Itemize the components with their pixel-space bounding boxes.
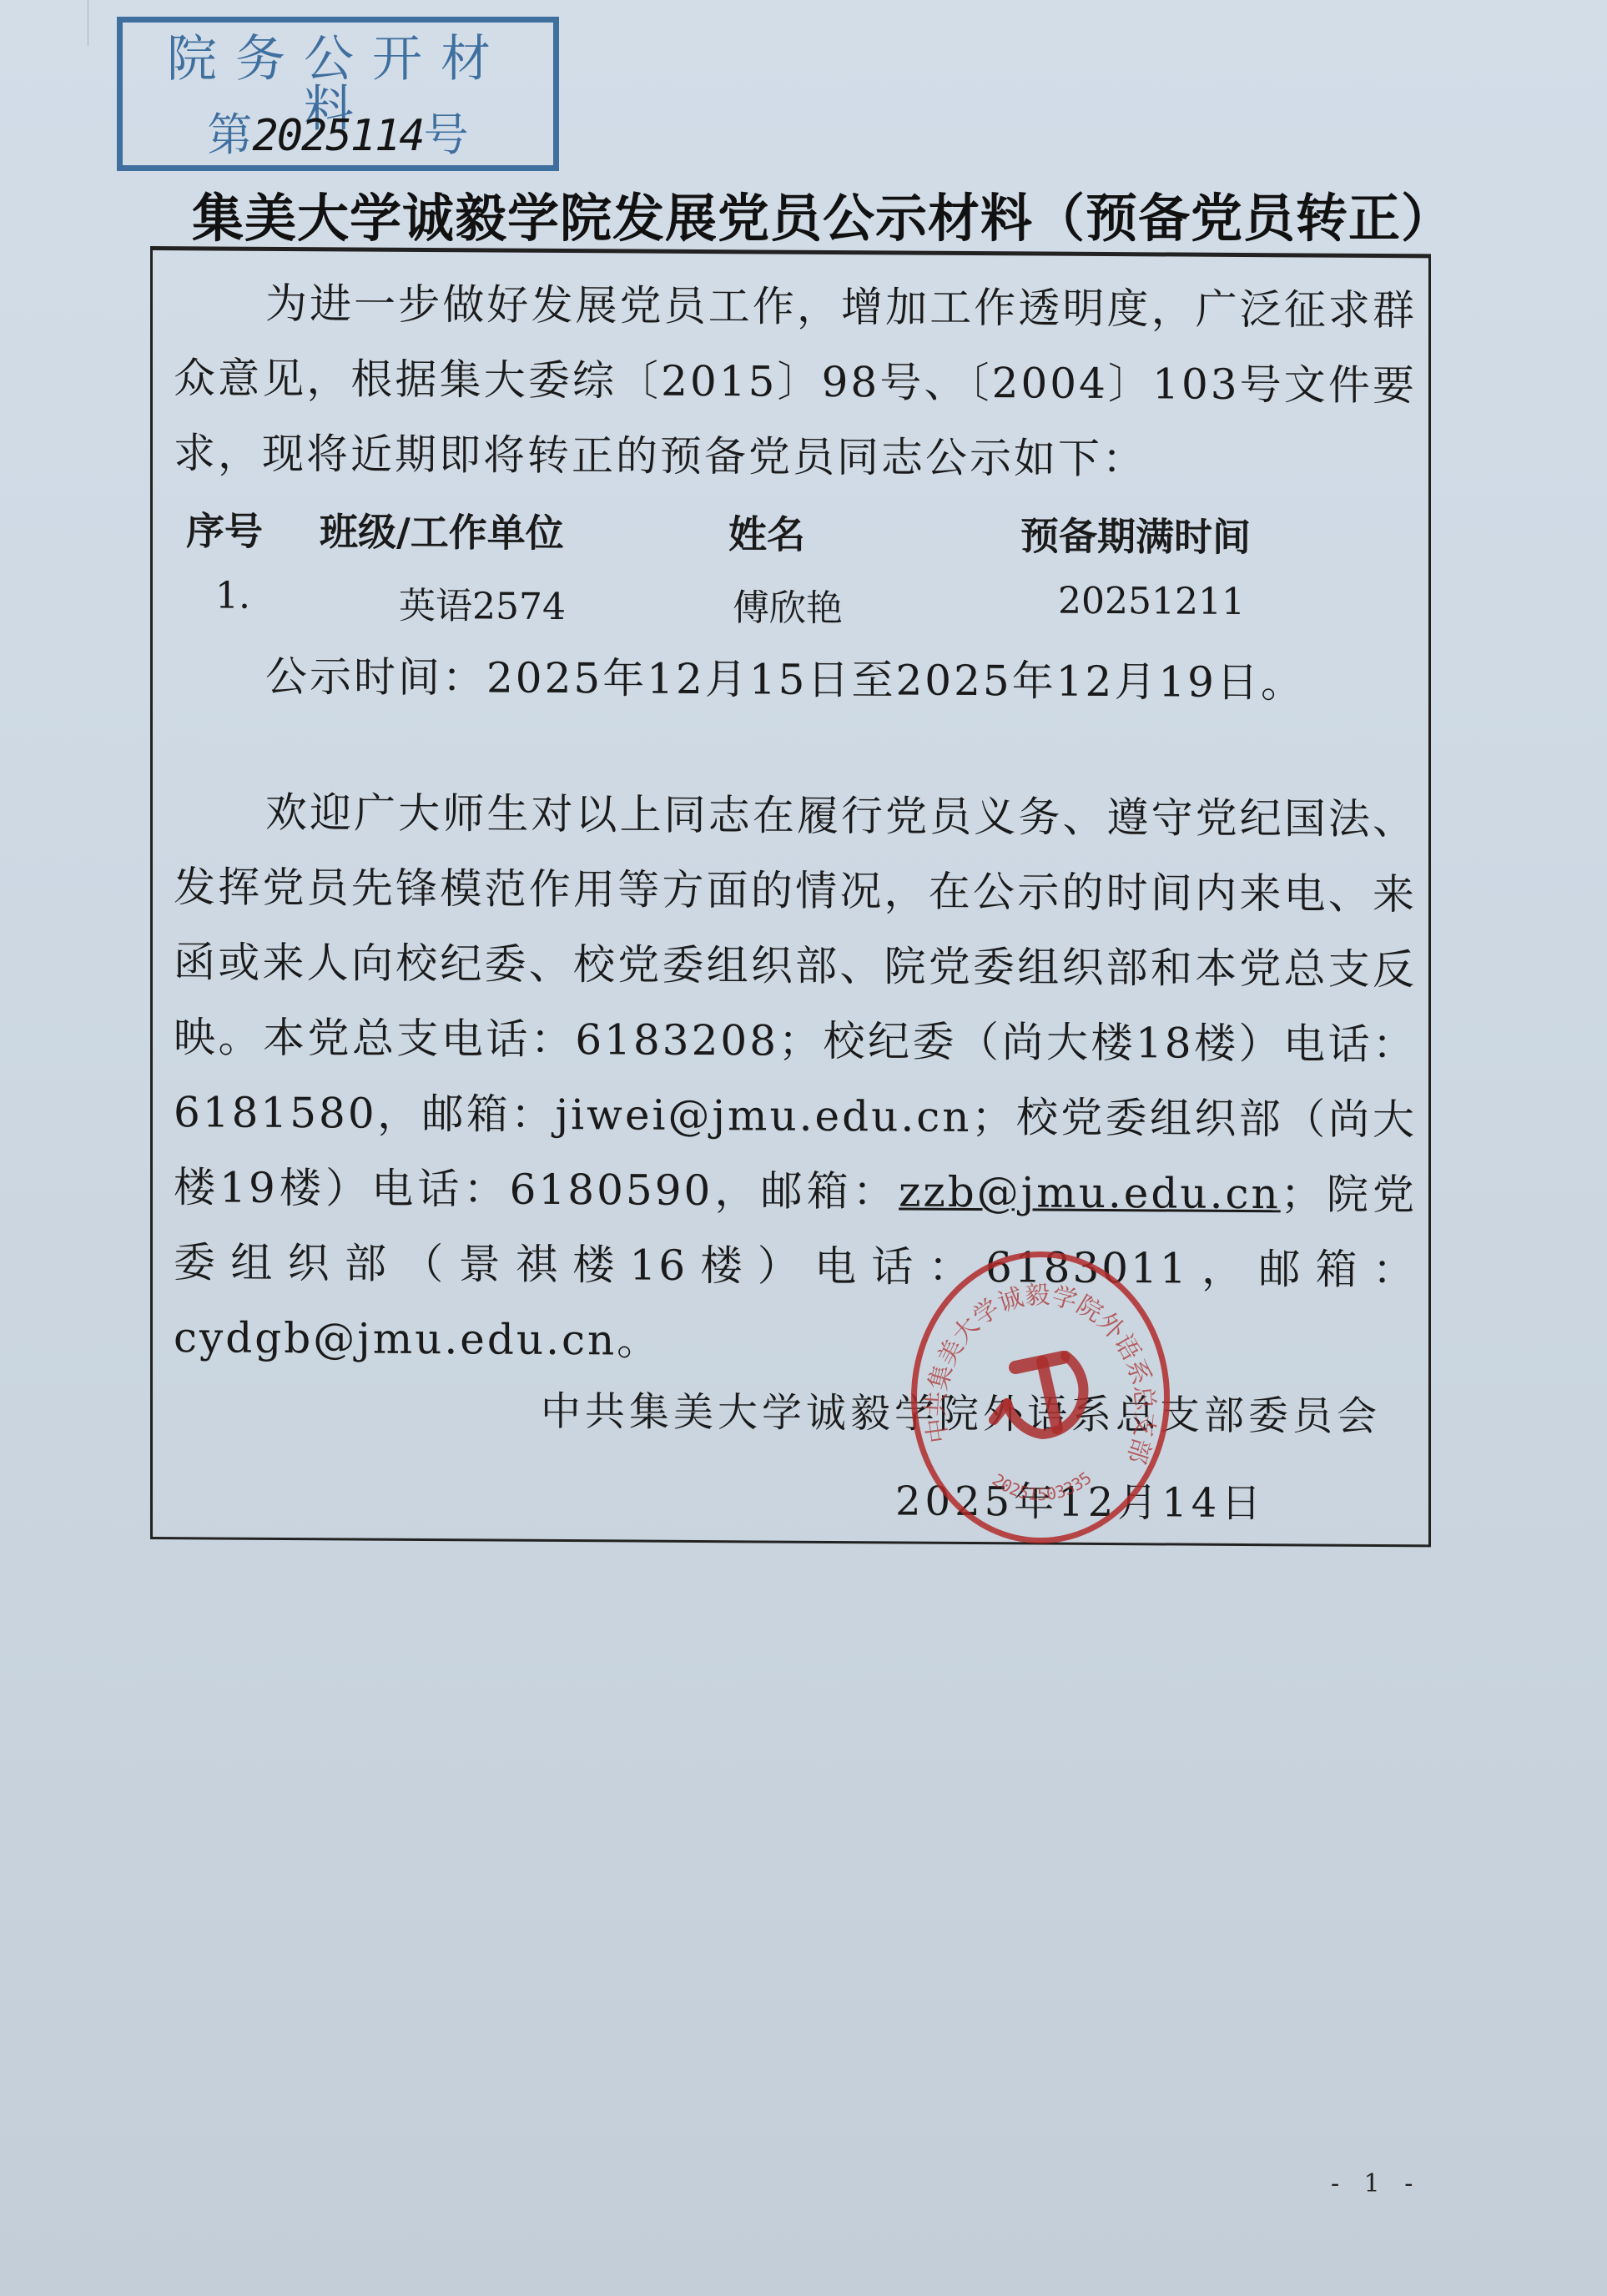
feedback-text-part1: 欢迎广大师生对以上同志在履行党员义务、遵守党纪国法、发挥党员先锋模范作用等方面的… bbox=[174, 788, 1417, 1216]
notice-box: 为进一步做好发展党员工作，增加工作透明度，广泛征求群众意见，根据集大委综〔201… bbox=[150, 246, 1431, 1547]
intro-paragraph: 为进一步做好发展党员工作，增加工作透明度，广泛征求群众意见，根据集大委综〔201… bbox=[174, 265, 1417, 498]
public-affairs-stamp: 院务公开材料 第2025114号 bbox=[117, 17, 559, 171]
row-name: 傅欣艳 bbox=[733, 577, 843, 632]
table-row: 1. 英语2574 傅欣艳 20251211 bbox=[186, 574, 1404, 640]
header-probation-end: 预备期满时间 bbox=[1020, 506, 1251, 562]
stamp-number-suffix: 号 bbox=[424, 108, 469, 161]
publicity-period: 公示时间：2025年12月15日至2025年12月19日。 bbox=[265, 643, 1305, 710]
issue-date: 2025年12月14日 bbox=[895, 1468, 1265, 1528]
header-name: 姓名 bbox=[728, 504, 805, 560]
candidate-table-header: 序号 班级/工作单位 姓名 预备期满时间 bbox=[186, 501, 1404, 566]
row-probation-end: 20251211 bbox=[1058, 580, 1245, 623]
document-title: 集美大学诚毅学院发展党员公示材料（预备党员转正） bbox=[192, 177, 1460, 251]
issuer-signature: 中共集美大学诚毅学院外语系总支部委员会 bbox=[541, 1379, 1381, 1442]
header-class-unit: 班级/工作单位 bbox=[320, 501, 564, 558]
paper-crease bbox=[88, 0, 88, 46]
stamp-handwritten-number: 2025114 bbox=[252, 111, 423, 161]
row-class-unit: 英语2574 bbox=[399, 576, 566, 630]
page-number: - 1 - bbox=[1331, 2169, 1421, 2198]
feedback-paragraph: 欢迎广大师生对以上同志在履行党员义务、遵守党纪国法、发挥党员先锋模范作用等方面的… bbox=[174, 774, 1417, 1382]
stamp-number: 第2025114号 bbox=[123, 113, 553, 158]
header-index: 序号 bbox=[186, 501, 263, 556]
stamp-number-prefix: 第 bbox=[207, 108, 252, 161]
email-link-zzb: zzb@jmu.edu.cn bbox=[899, 1167, 1281, 1218]
row-index: 1. bbox=[215, 574, 250, 617]
